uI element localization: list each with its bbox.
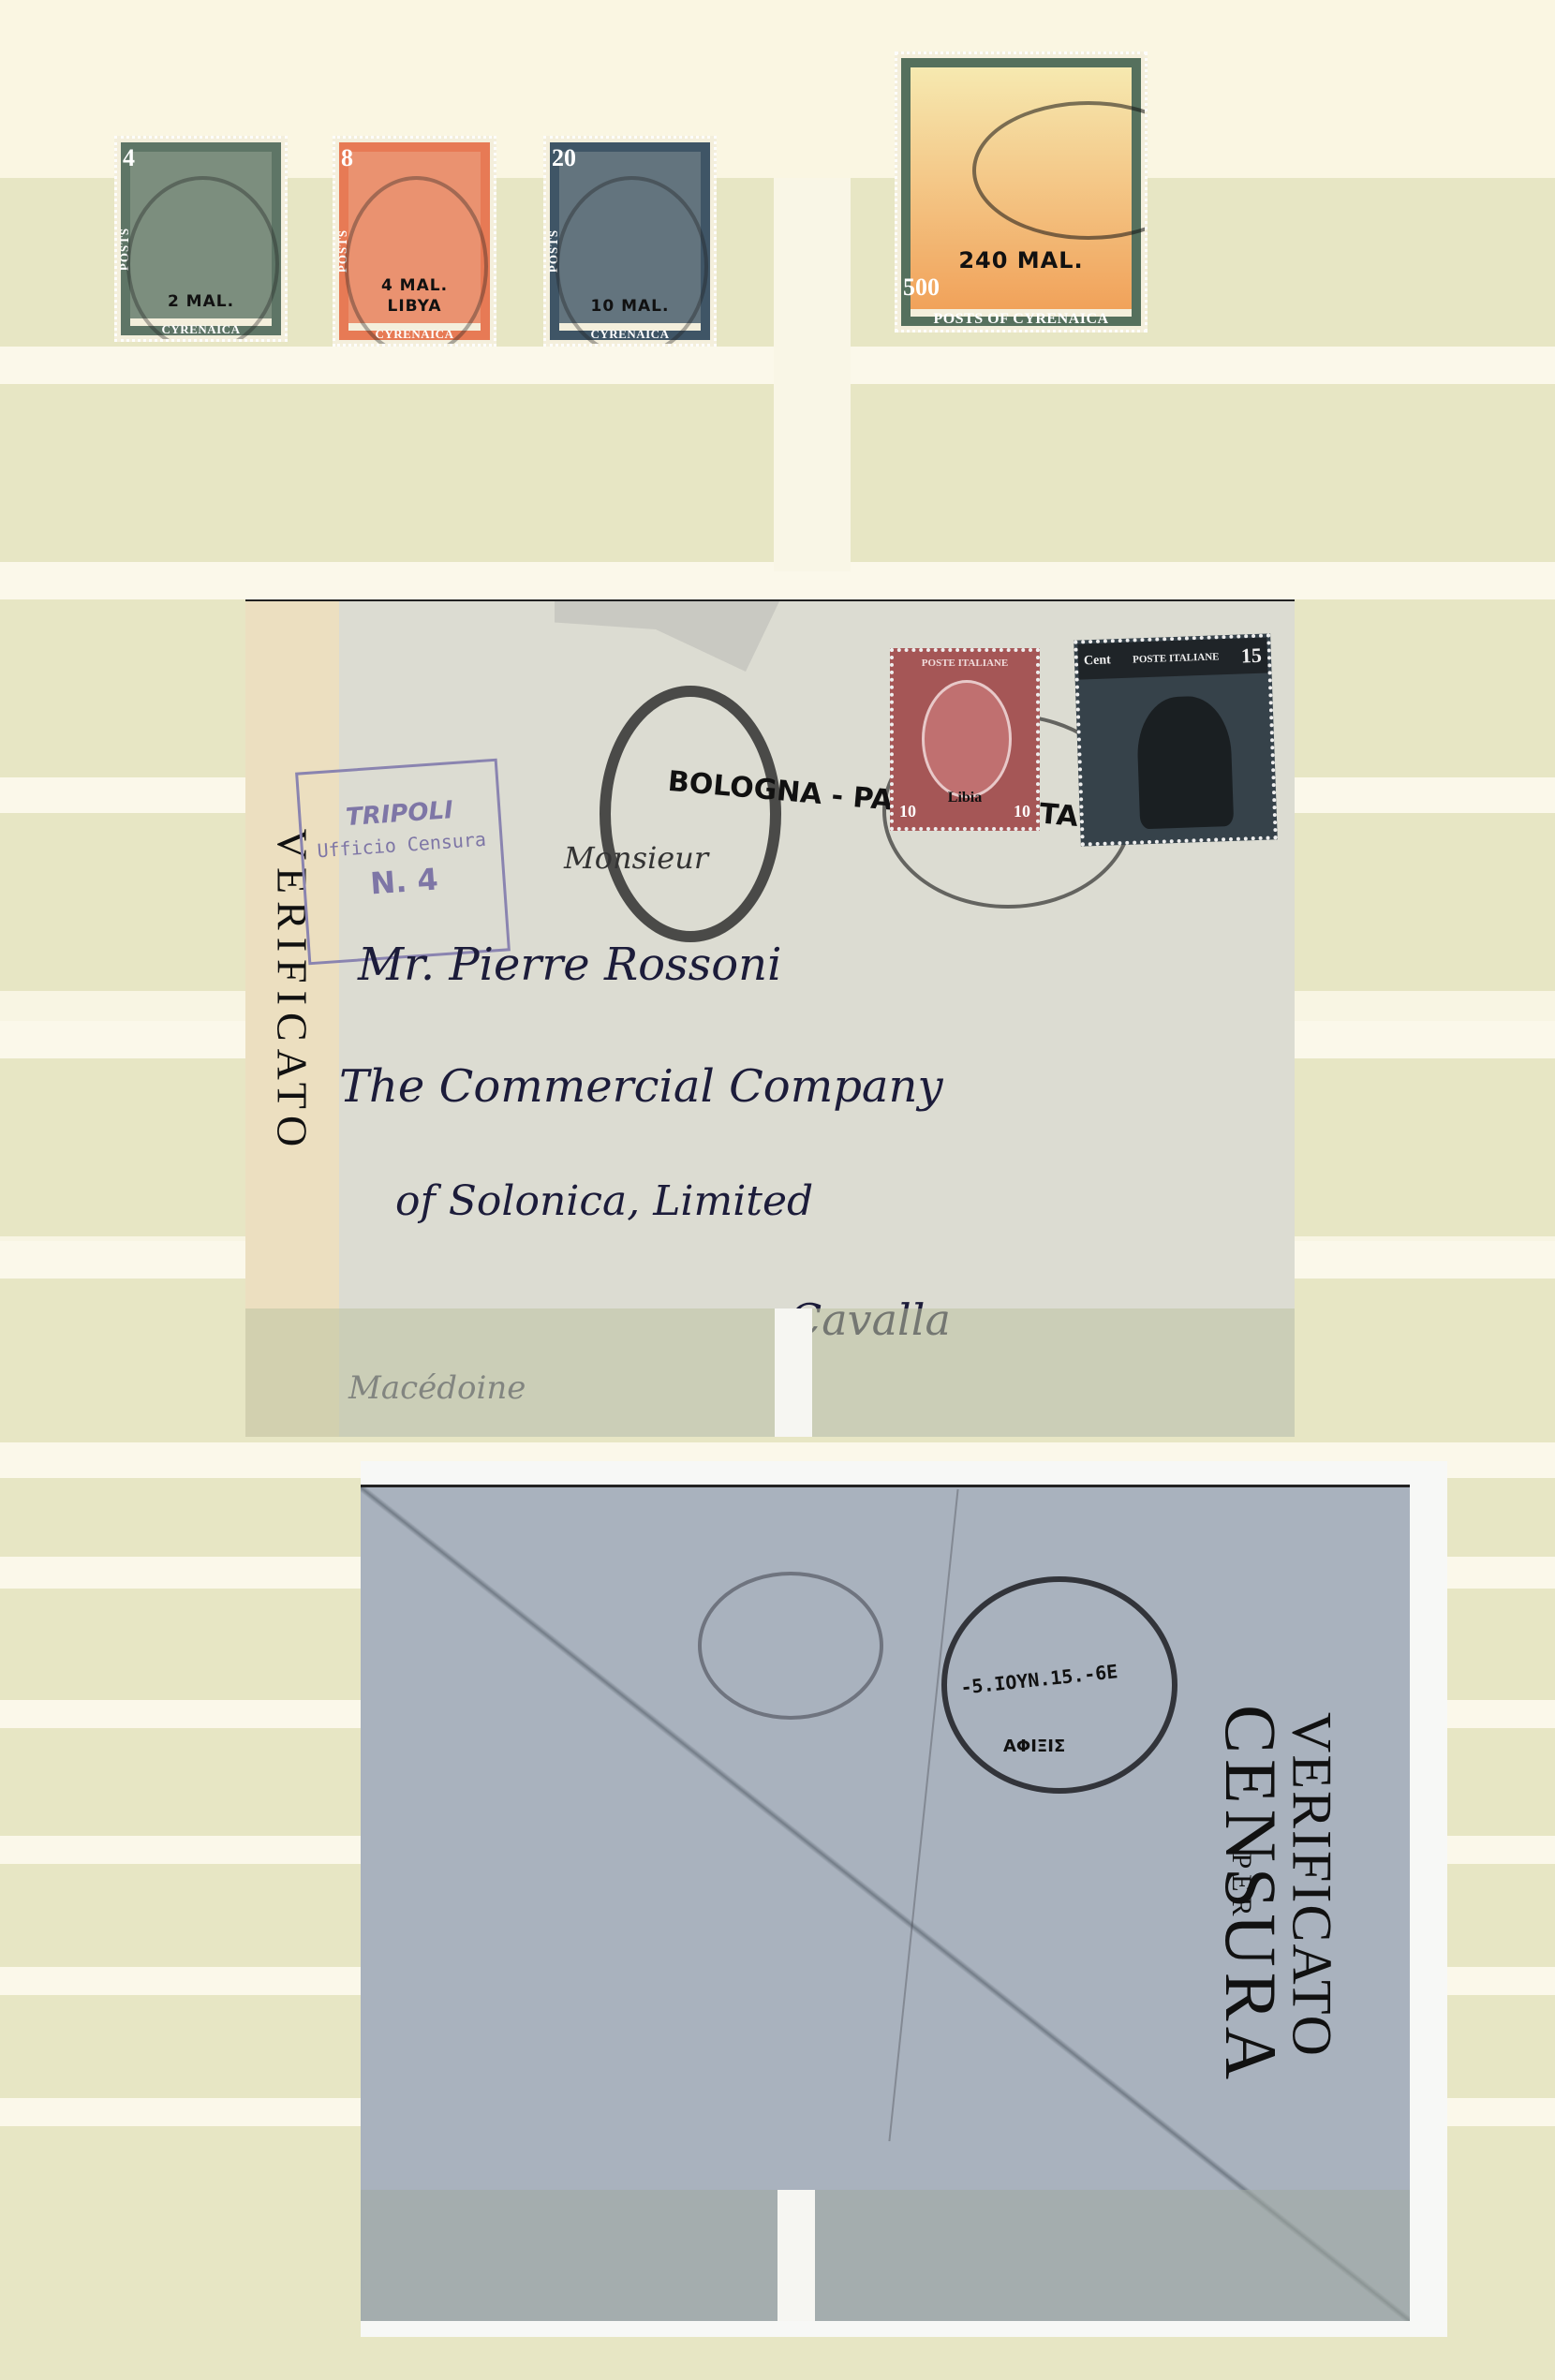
- mount-gap: [775, 1308, 812, 1437]
- stamp-prefix: Cent: [1084, 653, 1111, 669]
- stamp-overprint: Libia: [894, 790, 1036, 806]
- postmark-date: -5.IOYN.15.-6E: [959, 1660, 1118, 1698]
- stamp-cancel: [345, 176, 488, 347]
- torn-flap: [555, 601, 779, 672]
- stamp-country: POSTS OF CYRENAICA: [897, 311, 1145, 328]
- row-gutter: [774, 178, 851, 571]
- stamp-value: 15: [1240, 643, 1262, 669]
- front-cover: VERIFICATO TRIPOLI Ufficio Censura N. 4 …: [245, 599, 1295, 1437]
- stamp-header: POSTE ITALIANE: [894, 658, 1036, 669]
- tripoli-postmark: [600, 686, 781, 942]
- censor-handstamp: TRIPOLI Ufficio Censura N. 4: [295, 759, 511, 966]
- stamp-value: 500: [903, 273, 940, 302]
- address-line-1: Mr. Pierre Rossoni: [358, 939, 781, 991]
- stockbook-page: 4POSTSCYRENAICA2 MAL.8POSTSCYRENAICA4 MA…: [0, 0, 1555, 2380]
- stamp-overprint: 240 MAL.: [897, 247, 1145, 273]
- stamp-italy-10: POSTE ITALIANE 10 10 Libia: [890, 648, 1040, 831]
- stamp-4-mills: 4POSTSCYRENAICA2 MAL.: [114, 136, 288, 342]
- postmark-subtext: ΑΦΙΞΙΣ: [1003, 1737, 1065, 1756]
- stamp-20-mills: 20POSTSCYRENAICA10 MAL.: [543, 136, 717, 347]
- stamp-cancel: [555, 176, 708, 347]
- stamp-top-bar: Cent POSTE ITALIANE 15: [1077, 638, 1267, 680]
- transit-postmark: [698, 1572, 883, 1720]
- stamp-italy-15: Cent POSTE ITALIANE 15: [1074, 633, 1278, 846]
- censor-label-line-3: CENSURA: [1208, 1604, 1293, 2185]
- portrait: [1135, 695, 1234, 829]
- mount-strip: [245, 1308, 1295, 1437]
- stamp-value: 8: [341, 144, 353, 172]
- stamp-500-mills: 500POSTS OF CYRENAICA240 MAL.: [895, 52, 1148, 333]
- stamp-cancel: [126, 176, 279, 342]
- mount-gap: [777, 2190, 815, 2321]
- stamp-8-mills: 8POSTSCYRENAICA4 MAL.LIBYA: [333, 136, 496, 347]
- address-salutation: Monsieur: [564, 840, 708, 876]
- address-line-3: of Solonica, Limited: [395, 1177, 813, 1225]
- portrait: [922, 680, 1012, 798]
- stamp-value: 20: [552, 144, 576, 172]
- stamp-value: 4: [123, 144, 135, 172]
- handstamp-line-3: N. 4: [304, 857, 503, 907]
- back-cover: -5.IOYN.15.-6E ΑΦΙΞΙΣ VERIFICATO PER CEN…: [361, 1485, 1410, 2321]
- mount-strip: [361, 2190, 1410, 2321]
- censor-label: VERIFICATO PER CENSURA: [1110, 1544, 1410, 2255]
- address-line-2: The Commercial Company: [339, 1060, 943, 1113]
- stamp-header: POSTE ITALIANE: [1133, 651, 1220, 665]
